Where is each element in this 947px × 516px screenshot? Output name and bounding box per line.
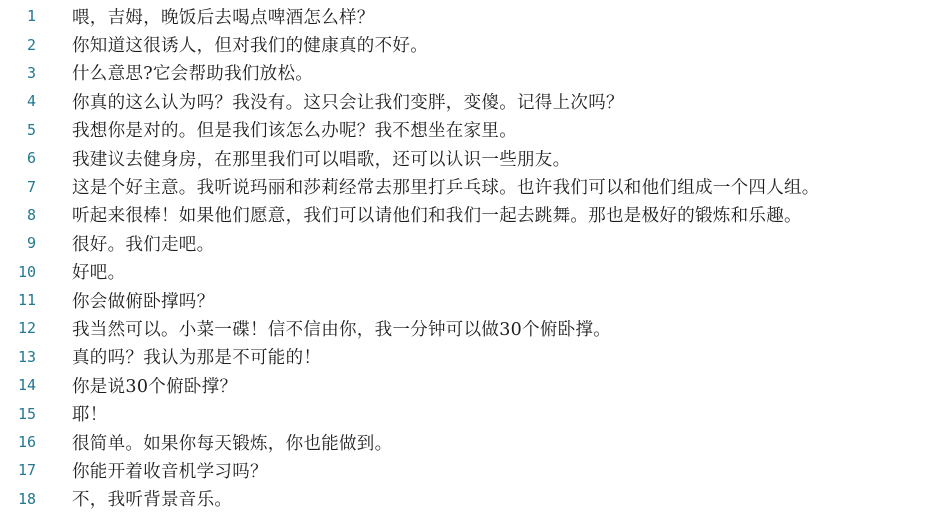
line-number: 6 [0,149,72,167]
editor-line[interactable]: 11 你会做俯卧撑吗？ [0,286,947,314]
line-text[interactable]: 什么意思?它会帮助我们放松。 [72,60,313,85]
line-text[interactable]: 你是说30个俯卧撑？ [72,373,237,398]
line-text[interactable]: 你会做俯卧撑吗？ [72,288,214,313]
line-text[interactable]: 这是个好主意。我听说玛丽和莎莉经常去那里打乒乓球。也许我们可以和他们组成一个四人… [72,174,820,199]
line-text[interactable]: 很好。我们走吧。 [72,231,214,256]
line-text[interactable]: 你真的这么认为吗？我没有。这只会让我们变胖，变傻。记得上次吗？ [72,89,624,114]
line-text[interactable]: 你知道这很诱人，但对我们的健康真的不好。 [72,32,428,57]
line-number: 5 [0,121,72,139]
line-text[interactable]: 真的吗？我认为那是不可能的！ [72,344,321,369]
editor-line[interactable]: 17 你能开着收音机学习吗？ [0,456,947,484]
editor-line[interactable]: 15 耶！ [0,399,947,427]
editor-line[interactable]: 12 我当然可以。小菜一碟！信不信由你，我一分钟可以做30个俯卧撑。 [0,314,947,342]
editor-line[interactable]: 18 不，我听背景音乐。 [0,485,947,513]
line-number: 1 [0,7,72,25]
line-number: 17 [0,461,72,479]
line-number: 2 [0,36,72,54]
editor-line[interactable]: 3 什么意思?它会帮助我们放松。 [0,59,947,87]
text-editor[interactable]: 1 喂，吉姆，晚饭后去喝点啤酒怎么样？ 2 你知道这很诱人，但对我们的健康真的不… [0,2,947,513]
line-text[interactable]: 我当然可以。小菜一碟！信不信由你，我一分钟可以做30个俯卧撑。 [72,316,611,341]
editor-line[interactable]: 9 很好。我们走吧。 [0,229,947,257]
editor-line[interactable]: 16 很简单。如果你每天锻炼，你也能做到。 [0,428,947,456]
editor-line[interactable]: 4 你真的这么认为吗？我没有。这只会让我们变胖，变傻。记得上次吗？ [0,87,947,115]
editor-line[interactable]: 7 这是个好主意。我听说玛丽和莎莉经常去那里打乒乓球。也许我们可以和他们组成一个… [0,172,947,200]
editor-line[interactable]: 5 我想你是对的。但是我们该怎么办呢？我不想坐在家里。 [0,116,947,144]
line-text[interactable]: 我想你是对的。但是我们该怎么办呢？我不想坐在家里。 [72,117,517,142]
line-text[interactable]: 耶！ [72,401,108,426]
line-text[interactable]: 我建议去健身房，在那里我们可以唱歌，还可以认识一些朋友。 [72,146,570,171]
editor-line[interactable]: 14 你是说30个俯卧撑？ [0,371,947,399]
line-text[interactable]: 听起来很棒！如果他们愿意，我们可以请他们和我们一起去跳舞。那也是极好的锻炼和乐趣… [72,202,802,227]
line-number: 7 [0,178,72,196]
line-number: 15 [0,405,72,423]
editor-line[interactable]: 10 好吧。 [0,258,947,286]
editor-line[interactable]: 1 喂，吉姆，晚饭后去喝点啤酒怎么样？ [0,2,947,30]
editor-line[interactable]: 2 你知道这很诱人，但对我们的健康真的不好。 [0,30,947,58]
line-number: 13 [0,348,72,366]
editor-line[interactable]: 6 我建议去健身房，在那里我们可以唱歌，还可以认识一些朋友。 [0,144,947,172]
line-text[interactable]: 好吧。 [72,259,125,284]
line-number: 9 [0,234,72,252]
line-text[interactable]: 不，我听背景音乐。 [72,486,232,511]
line-text[interactable]: 很简单。如果你每天锻炼，你也能做到。 [72,430,392,455]
line-number: 12 [0,319,72,337]
editor-line[interactable]: 13 真的吗？我认为那是不可能的！ [0,343,947,371]
line-number: 11 [0,291,72,309]
line-number: 16 [0,433,72,451]
line-number: 8 [0,206,72,224]
line-number: 10 [0,263,72,281]
line-number: 14 [0,376,72,394]
line-text[interactable]: 喂，吉姆，晚饭后去喝点啤酒怎么样？ [72,4,375,29]
editor-line[interactable]: 8 听起来很棒！如果他们愿意，我们可以请他们和我们一起去跳舞。那也是极好的锻炼和… [0,201,947,229]
line-number: 4 [0,92,72,110]
line-text[interactable]: 你能开着收音机学习吗？ [72,458,268,483]
line-number: 3 [0,64,72,82]
line-number: 18 [0,490,72,508]
